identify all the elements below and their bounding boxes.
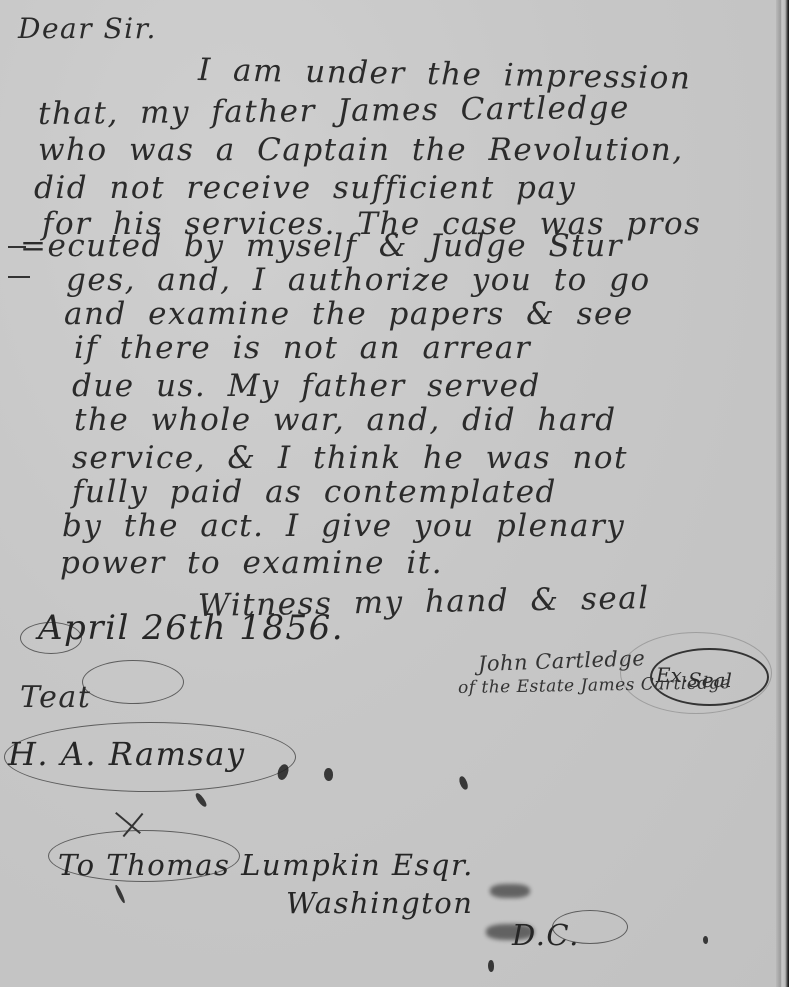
body-line-2: that, my father James Cartledge — [38, 90, 630, 132]
ink-blot — [114, 884, 126, 904]
ink-blot — [324, 768, 333, 781]
letter-page: Dear Sir. I am under the impression that… — [0, 0, 776, 987]
body-line-9: if there is not an arrear — [74, 330, 531, 366]
body-line-6: =ecuted by myself & Judge Stur — [20, 228, 623, 264]
attest-label: Teat — [20, 680, 91, 715]
ink-blot — [488, 960, 494, 972]
address-recipient: To Thomas Lumpkin Esqr. — [58, 848, 474, 882]
body-line-7: ges, and, I authorize you to go — [66, 262, 651, 298]
ink-blot — [703, 936, 708, 944]
address-city: Washington — [286, 886, 473, 920]
body-line-11: the whole war, and, did hard — [74, 402, 617, 438]
body-line-15: power to examine it. — [60, 545, 443, 581]
ink-blot — [194, 792, 208, 809]
body-line-13: fully paid as contemplated — [72, 474, 557, 510]
witness-signature: H. A. Ramsay — [8, 735, 246, 773]
body-line-12: service, & I think he was not — [72, 440, 628, 476]
date: April 26th 1856. — [38, 608, 344, 648]
torn-paper-edge — [776, 0, 789, 987]
body-line-14: by the act. I give you plenary — [62, 508, 625, 544]
ink-smudge — [490, 884, 530, 898]
body-line-10: due us. My father served — [72, 368, 541, 404]
body-line-8: and examine the papers & see — [64, 296, 634, 332]
body-line-4: did not receive sufficient pay — [34, 170, 576, 206]
body-line-3: who was a Captain the Revolution, — [38, 132, 684, 168]
hyphen-mark-2 — [8, 276, 30, 278]
salutation: Dear Sir. — [18, 12, 157, 45]
ink-blot — [458, 775, 469, 791]
teat-flourish — [82, 660, 184, 704]
district-flourish — [552, 910, 628, 944]
